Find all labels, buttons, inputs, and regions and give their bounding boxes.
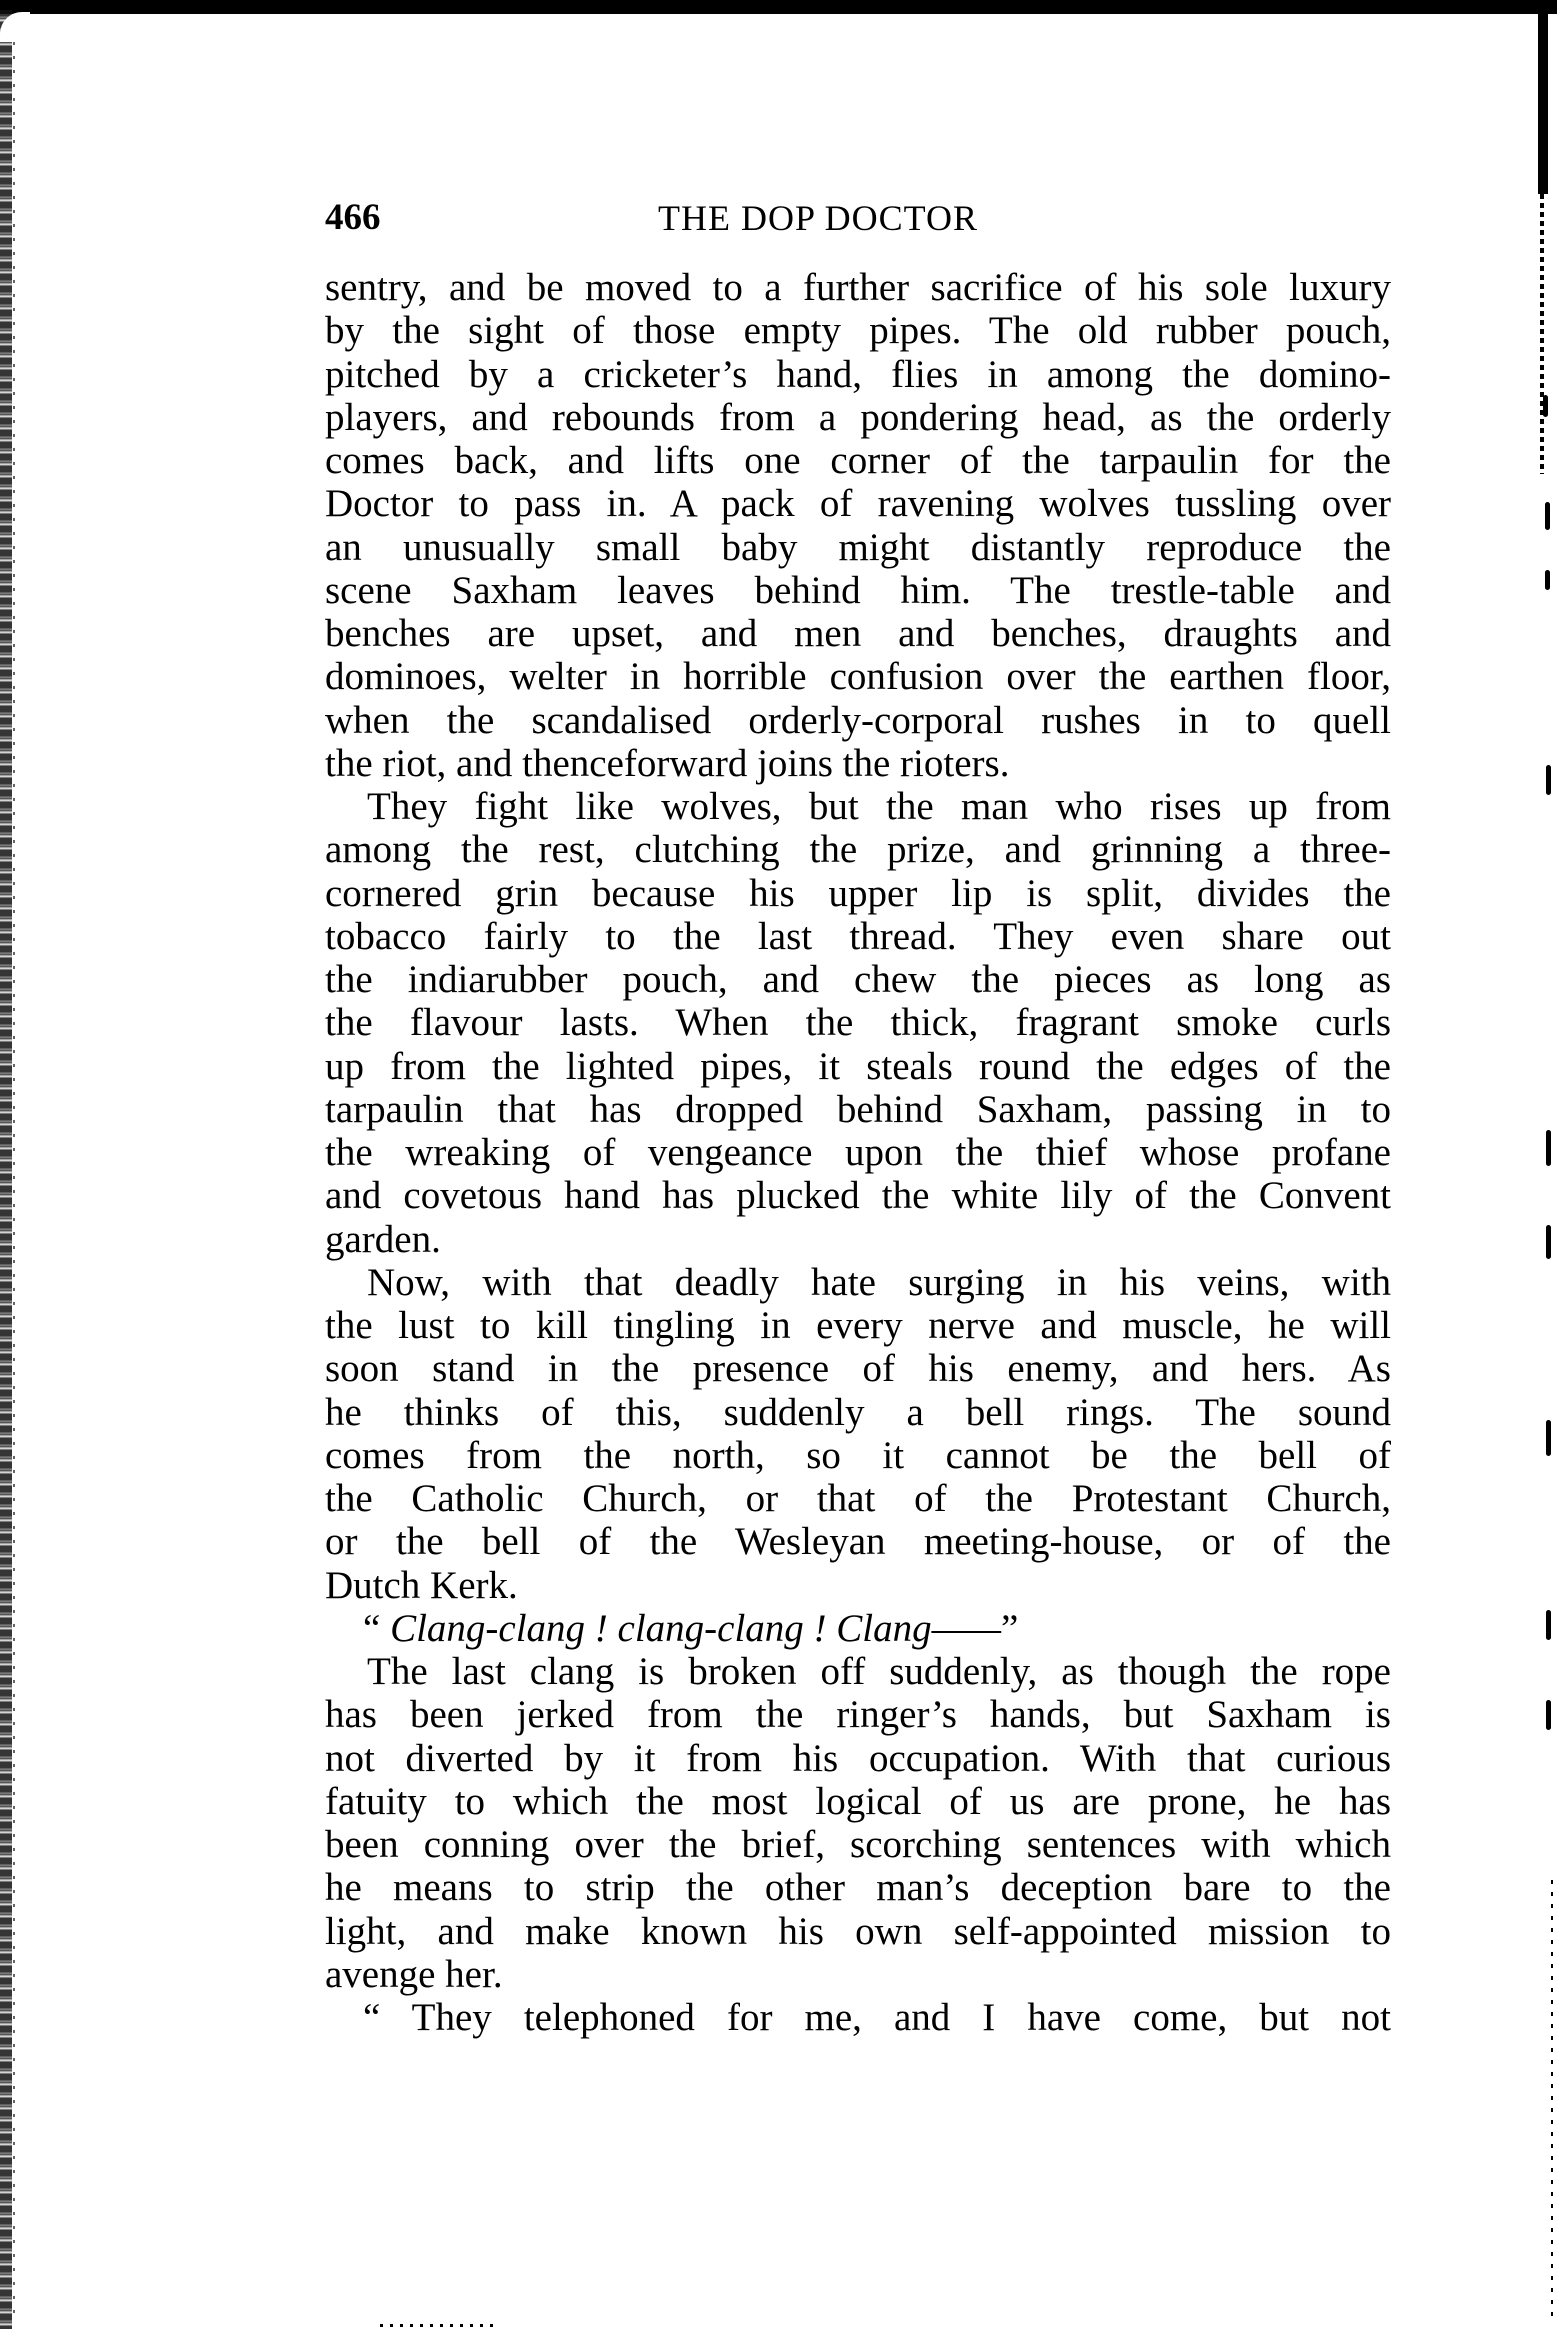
running-head: 466 THE DOP DOCTOR xyxy=(325,196,1390,240)
margin-mark xyxy=(1546,1130,1551,1166)
text-line: when the scandalised orderly-corporal ru… xyxy=(325,699,1391,742)
paragraph-first-line: They fight like wolves, but the man who … xyxy=(325,785,1391,828)
text-line: cornered grin because his upper lip is s… xyxy=(325,872,1391,915)
text-line: the Catholic Church, or that of the Prot… xyxy=(325,1477,1391,1520)
text-line: light, and make known his own self-appoi… xyxy=(325,1910,1391,1953)
text-line: Doctor to pass in. A pack of ravening wo… xyxy=(325,482,1391,525)
margin-mark xyxy=(1546,1700,1551,1730)
text-line: dominoes, welter in horrible confusion o… xyxy=(325,655,1391,698)
text-line: tobacco fairly to the last thread. They … xyxy=(325,915,1391,958)
margin-mark xyxy=(1546,1420,1551,1456)
scan-top-border xyxy=(0,0,1557,14)
text-line: garden. xyxy=(325,1218,1391,1261)
text-line: soon stand in the presence of his enemy,… xyxy=(325,1347,1391,1390)
paragraph-first-line: “ They telephoned for me, and I have com… xyxy=(325,1996,1391,2039)
text-line: and covetous hand has plucked the white … xyxy=(325,1174,1391,1217)
margin-mark xyxy=(1543,395,1548,417)
text-line: the lust to kill tingling in every nerve… xyxy=(325,1304,1391,1347)
text-line: been conning over the brief, scorching s… xyxy=(325,1823,1391,1866)
running-title: THE DOP DOCTOR xyxy=(658,196,978,240)
scan-right-edge-lower xyxy=(1551,1880,1553,2320)
text-line: comes back, and lifts one corner of the … xyxy=(325,439,1391,482)
margin-mark xyxy=(1545,502,1550,530)
text-line: players, and rebounds from a pondering h… xyxy=(325,396,1391,439)
scan-left-edge xyxy=(0,10,12,2329)
margin-mark xyxy=(1546,1225,1551,1259)
text-line: fatuity to which the most logical of us … xyxy=(325,1780,1391,1823)
text-line: the wreaking of vengeance upon the thief… xyxy=(325,1131,1391,1174)
text-line: sentry, and be moved to a further sacrif… xyxy=(325,266,1391,309)
paragraph-first-line: Now, with that deadly hate surging in hi… xyxy=(325,1261,1391,1304)
text-line: pitched by a cricketer’s hand, flies in … xyxy=(325,353,1391,396)
margin-mark xyxy=(1546,765,1551,795)
scan-right-edge xyxy=(1538,14,1548,194)
text-line: avenge her. xyxy=(325,1953,1391,1996)
text-line: has been jerked from the ringer’s hands,… xyxy=(325,1693,1391,1736)
text-line: he thinks of this, suddenly a bell rings… xyxy=(325,1391,1391,1434)
paragraph-first-line: The last clang is broken off suddenly, a… xyxy=(325,1650,1391,1693)
text-line: an unusually small baby might distantly … xyxy=(325,526,1391,569)
close-quote: ” xyxy=(1001,1607,1018,1650)
text-line: the flavour lasts. When the thick, fragr… xyxy=(325,1001,1391,1044)
text-line: tarpaulin that has dropped behind Saxham… xyxy=(325,1088,1391,1131)
text-line: benches are upset, and men and benches, … xyxy=(325,612,1391,655)
page-number: 466 xyxy=(325,196,381,240)
scan-right-edge-dotted xyxy=(1540,194,1544,474)
scan-left-edge-speckle xyxy=(13,14,15,2314)
text-line: among the rest, clutching the prize, and… xyxy=(325,828,1391,871)
text-line: the riot, and thenceforward joins the ri… xyxy=(325,742,1391,785)
text-line: the indiarubber pouch, and chew the piec… xyxy=(325,958,1391,1001)
italic-bell-text: Clang-clang ! clang-clang ! Clang—— xyxy=(390,1607,1001,1650)
text-line: by the sight of those empty pipes. The o… xyxy=(325,309,1391,352)
open-quote: “ xyxy=(363,1607,390,1650)
scan-bottom-specks xyxy=(380,2324,500,2327)
text-line: or the bell of the Wesleyan meeting-hous… xyxy=(325,1520,1391,1563)
margin-mark xyxy=(1545,570,1550,590)
body-text: sentry, and be moved to a further sacrif… xyxy=(325,266,1391,2039)
bell-quote-line: “ Clang-clang ! clang-clang ! Clang——” xyxy=(325,1607,1391,1650)
text-line: he means to strip the other man’s decept… xyxy=(325,1866,1391,1909)
text-line: Dutch Kerk. xyxy=(325,1564,1391,1607)
text-line: scene Saxham leaves behind him. The tres… xyxy=(325,569,1391,612)
text-line: not diverted by it from his occupation. … xyxy=(325,1737,1391,1780)
text-line: comes from the north, so it cannot be th… xyxy=(325,1434,1391,1477)
margin-mark xyxy=(1546,1610,1551,1640)
text-line: up from the lighted pipes, it steals rou… xyxy=(325,1045,1391,1088)
